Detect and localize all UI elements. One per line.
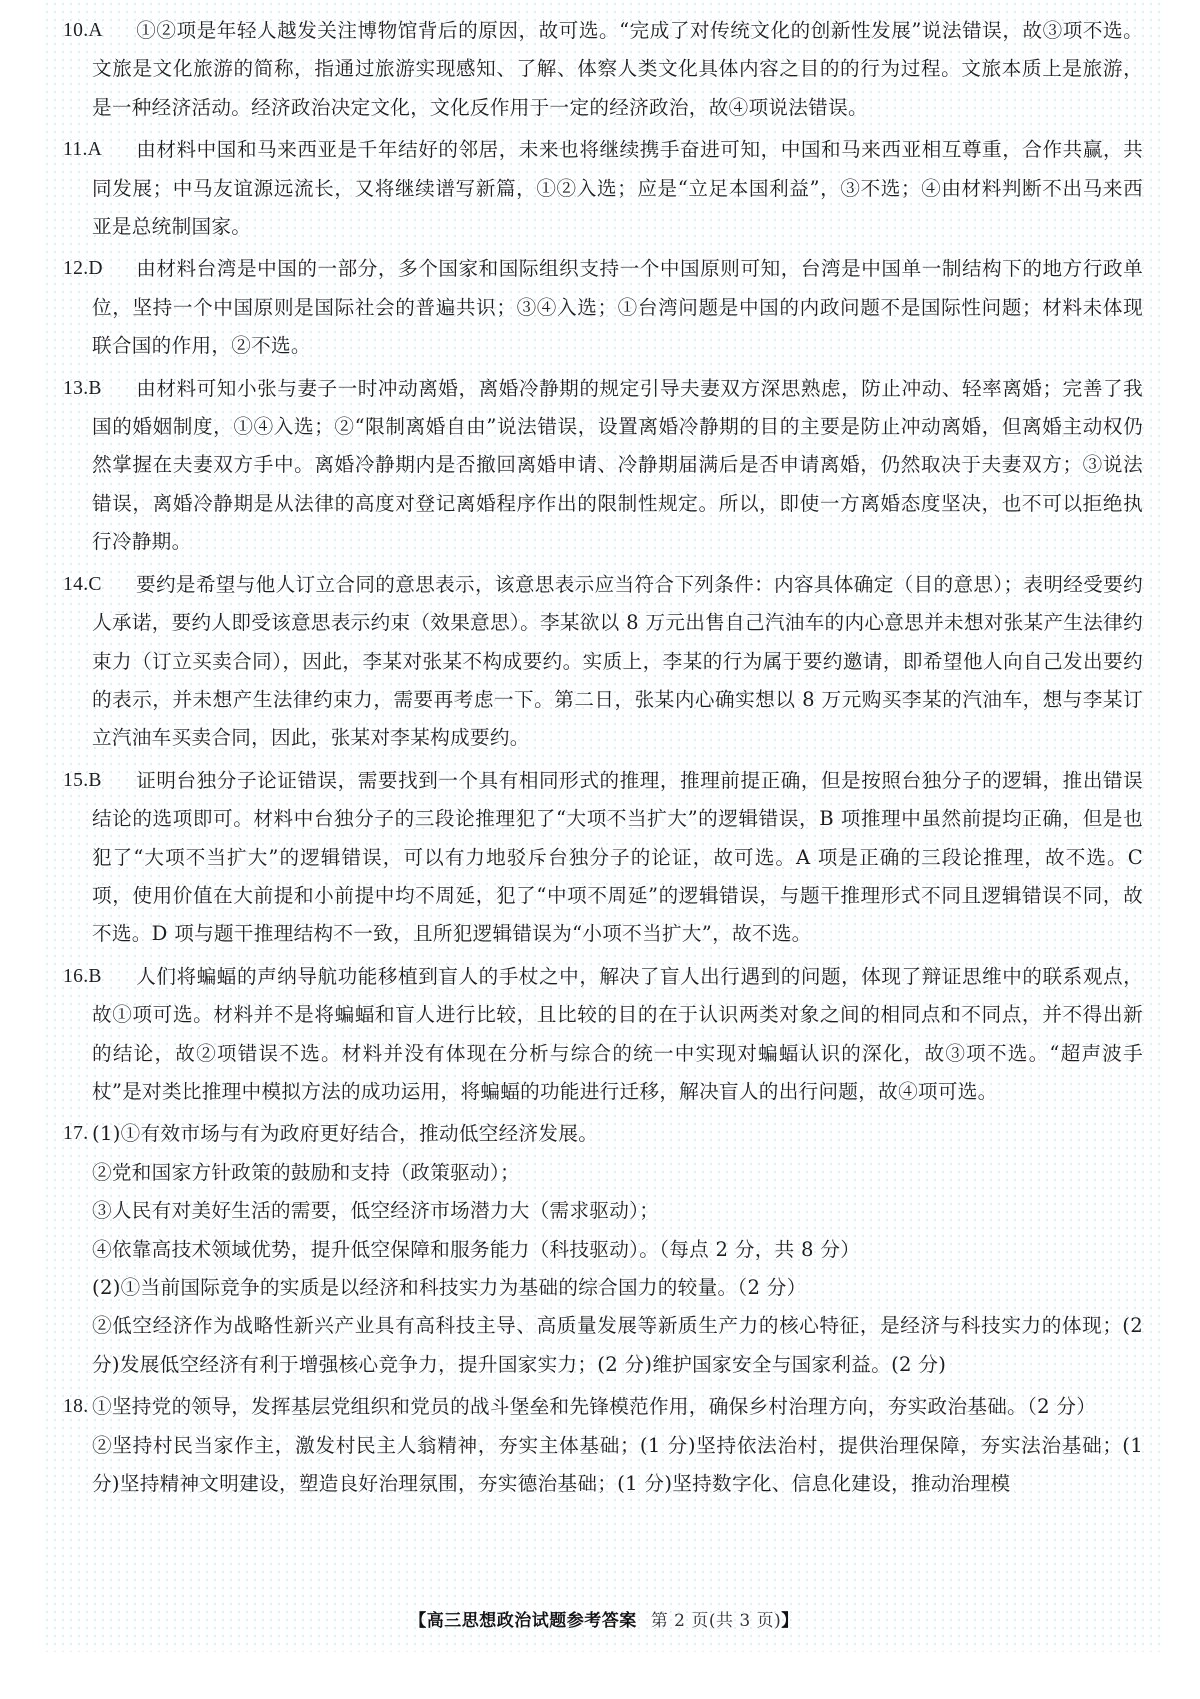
answer-number: 18. — [63, 1388, 129, 1426]
answer-text: (1)①有效市场与有为政府更好结合，推动低空经济发展。 — [92, 1122, 598, 1145]
answer-item-14: 14.C要约是希望与他人订立合同的意思表示，该意思表示应当符合下列条件：内容具体… — [63, 566, 1143, 758]
answer-item-18: 18.①坚持党的领导，发挥基层党组织和党员的战斗堡垒和先锋模范作用，确保乡村治理… — [63, 1388, 1143, 1426]
footer-page-number: 第 2 页(共 3 页) — [651, 1611, 782, 1631]
answer-text: 由材料可知小张与妻子一时冲动离婚，离婚冷静期的规定引导夫妻双方深思熟虑，防止冲动… — [92, 377, 1143, 554]
answer-number: 15.B — [63, 762, 129, 800]
answer-item-10: 10.A①②项是年轻人越发关注博物馆背后的原因，故可选。“完成了对传统文化的创新… — [63, 12, 1143, 127]
footer-title: 高三思想政治试题参考答案 — [427, 1611, 637, 1631]
footer-close-bracket: 】 — [781, 1611, 799, 1631]
answer-number: 16.B — [63, 958, 129, 996]
answer-item-16: 16.B人们将蝙蝠的声纳导航功能移植到盲人的手杖之中，解决了盲人出行遇到的问题，… — [63, 958, 1143, 1112]
answer-17-part-2-line-1: (2)①当前国际竞争的实质是以经济和科技实力为基础的综合国力的较量。（2 分） — [63, 1269, 1143, 1307]
answer-17-line-2: ②党和国家方针政策的鼓励和支持（政策驱动）； — [63, 1154, 1143, 1192]
answer-text: ①坚持党的领导，发挥基层党组织和党员的战斗堡垒和先锋模范作用，确保乡村治理方向，… — [92, 1395, 1096, 1418]
answer-number: 13.B — [63, 370, 129, 408]
answer-text: 证明台独分子论证错误，需要找到一个具有相同形式的推理，推理前提正确，但是按照台独… — [92, 769, 1143, 946]
answer-item-17: 17.(1)①有效市场与有为政府更好结合，推动低空经济发展。 — [63, 1115, 1143, 1153]
answer-text: 由材料台湾是中国的一部分，多个国家和国际组织支持一个中国原则可知，台湾是中国单一… — [92, 257, 1143, 357]
answer-text: 人们将蝙蝠的声纳导航功能移植到盲人的手杖之中，解决了盲人出行遇到的问题，体现了辩… — [92, 965, 1143, 1103]
document-page: 10.A①②项是年轻人越发关注博物馆背后的原因，故可选。“完成了对传统文化的创新… — [43, 0, 1165, 1652]
answer-17-line-4: ④依靠高技术领域优势，提升低空保障和服务能力（科技驱动）。（每点 2 分，共 8… — [63, 1231, 1143, 1269]
answer-item-11: 11.A由材料中国和马来西亚是千年结好的邻居，未来也将继续携手奋进可知，中国和马… — [63, 131, 1143, 246]
answer-18-line-2: ②坚持村民当家作主，激发村民主人翁精神，夯实主体基础；(1 分)坚持依法治村，提… — [63, 1427, 1143, 1504]
answer-number: 10.A — [63, 12, 129, 50]
answer-text: ①②项是年轻人越发关注博物馆背后的原因，故可选。“完成了对传统文化的创新性发展”… — [92, 19, 1143, 119]
answer-17-part-2-line-2: ②低空经济作为战略性新兴产业具有高科技主导、高质量发展等新质生产力的核心特征，是… — [63, 1307, 1143, 1384]
answer-number: 17. — [63, 1115, 129, 1153]
answer-item-15: 15.B证明台独分子论证错误，需要找到一个具有相同形式的推理，推理前提正确，但是… — [63, 762, 1143, 954]
footer-open-bracket: 【 — [409, 1611, 427, 1631]
answer-number: 12.D — [63, 250, 129, 288]
answer-number: 11.A — [63, 131, 129, 169]
answer-17-line-3: ③人民有对美好生活的需要，低空经济市场潜力大（需求驱动）； — [63, 1192, 1143, 1230]
answer-number: 14.C — [63, 566, 129, 604]
page-footer: 【高三思想政治试题参考答案第 2 页(共 3 页)】 — [43, 1606, 1165, 1631]
answer-item-13: 13.B由材料可知小张与妻子一时冲动离婚，离婚冷静期的规定引导夫妻双方深思熟虑，… — [63, 370, 1143, 562]
answer-text: 要约是希望与他人订立合同的意思表示，该意思表示应当符合下列条件：内容具体确定（目… — [92, 573, 1143, 750]
answer-content: 10.A①②项是年轻人越发关注博物馆背后的原因，故可选。“完成了对传统文化的创新… — [63, 12, 1143, 1503]
answer-item-12: 12.D由材料台湾是中国的一部分，多个国家和国际组织支持一个中国原则可知，台湾是… — [63, 250, 1143, 365]
answer-text: 由材料中国和马来西亚是千年结好的邻居，未来也将继续携手奋进可知，中国和马来西亚相… — [92, 138, 1143, 238]
